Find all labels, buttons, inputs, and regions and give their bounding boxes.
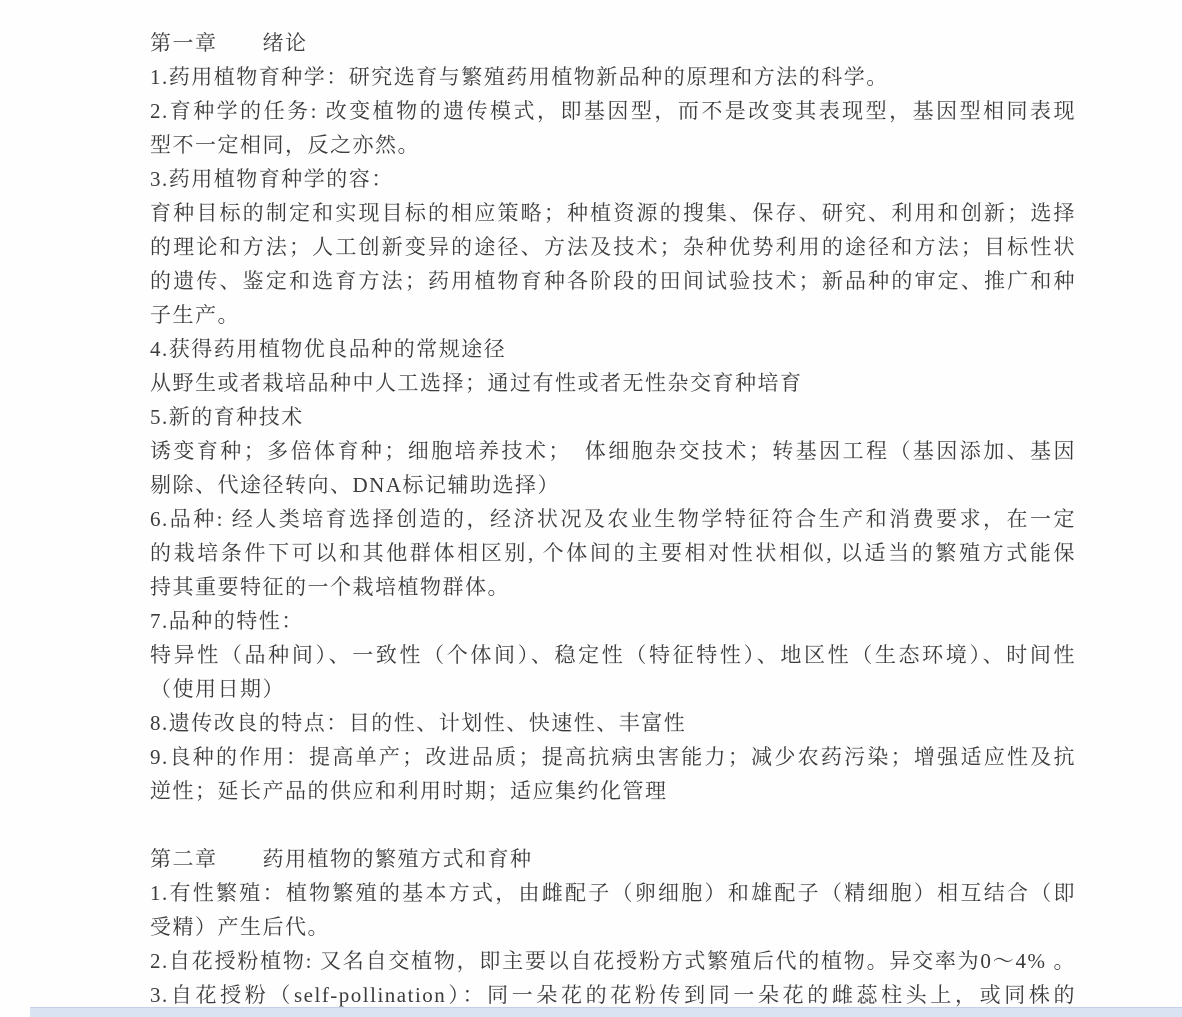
text-line: 诱变育种；多倍体育种；细胞培养技术； 体细胞杂交技术；转基因工程（基因添加、基因 (150, 434, 1076, 468)
text-line: 从野生或者栽培品种中人工选择；通过有性或者无性杂交育种培育 (150, 366, 1076, 400)
text-line: 子生产。 (150, 298, 1076, 332)
text-line: 特异性（品种间）、一致性（个体间）、稳定性（特征特性）、地区性（生态环境）、时间… (150, 638, 1076, 672)
text-line: 剔除、代途径转向、DNA标记辅助选择） (150, 468, 1076, 502)
text-line: 3.药用植物育种学的容： (150, 162, 1076, 196)
text-line: 育种目标的制定和实现目标的相应策略；种植资源的搜集、保存、研究、利用和创新；选择 (150, 196, 1076, 230)
bottom-window-edge (30, 1007, 1182, 1017)
text-line: 2.自花授粉植物: 又名自交植物，即主要以自花授粉方式繁殖后代的植物。异交率为0… (150, 944, 1076, 978)
text-line: 6.品种: 经人类培育选择创造的，经济状况及农业生物学特征符合生产和消费要求，在… (150, 502, 1076, 536)
text-line: 受精）产生后代。 (150, 910, 1076, 944)
chapter-heading: 第二章 药用植物的繁殖方式和育种 (150, 842, 1076, 876)
text-line: （使用日期） (150, 672, 1076, 706)
document-page: 第一章 绪论1.药用植物育种学：研究选育与繁殖药用植物新品种的原理和方法的科学。… (0, 0, 1182, 1017)
text-line: 型不一定相同，反之亦然。 (150, 128, 1076, 162)
text-line: 的理论和方法；人工创新变异的途径、方法及技术；杂种优势利用的途径和方法；目标性状 (150, 230, 1076, 264)
text-line: 逆性；延长产品的供应和利用时期；适应集约化管理 (150, 774, 1076, 808)
text-line: 8.遗传改良的特点：目的性、计划性、快速性、丰富性 (150, 706, 1076, 740)
text-line: 4.获得药用植物优良品种的常规途径 (150, 332, 1076, 366)
text-line: 7.品种的特性： (150, 604, 1076, 638)
text-line: 1.药用植物育种学：研究选育与繁殖药用植物新品种的原理和方法的科学。 (150, 60, 1076, 94)
text-line: 的遗传、鉴定和选育方法；药用植物育种各阶段的田间试验技术；新品种的审定、推广和种 (150, 264, 1076, 298)
text-line: 1.有性繁殖：植物繁殖的基本方式，由雌配子（卵细胞）和雄配子（精细胞）相互结合（… (150, 876, 1076, 910)
blank-line (150, 808, 1076, 842)
document-text: 第一章 绪论1.药用植物育种学：研究选育与繁殖药用植物新品种的原理和方法的科学。… (150, 26, 1076, 1012)
chapter-heading: 第一章 绪论 (150, 26, 1076, 60)
text-line: 9.良种的作用：提高单产；改进品质；提高抗病虫害能力；减少农药污染；增强适应性及… (150, 740, 1076, 774)
text-line: 持其重要特征的一个栽培植物群体。 (150, 570, 1076, 604)
text-line: 5.新的育种技术 (150, 400, 1076, 434)
text-line: 的栽培条件下可以和其他群体相区别, 个体间的主要相对性状相似, 以适当的繁殖方式… (150, 536, 1076, 570)
text-line: 2.育种学的任务: 改变植物的遗传模式，即基因型，而不是改变其表现型，基因型相同… (150, 94, 1076, 128)
